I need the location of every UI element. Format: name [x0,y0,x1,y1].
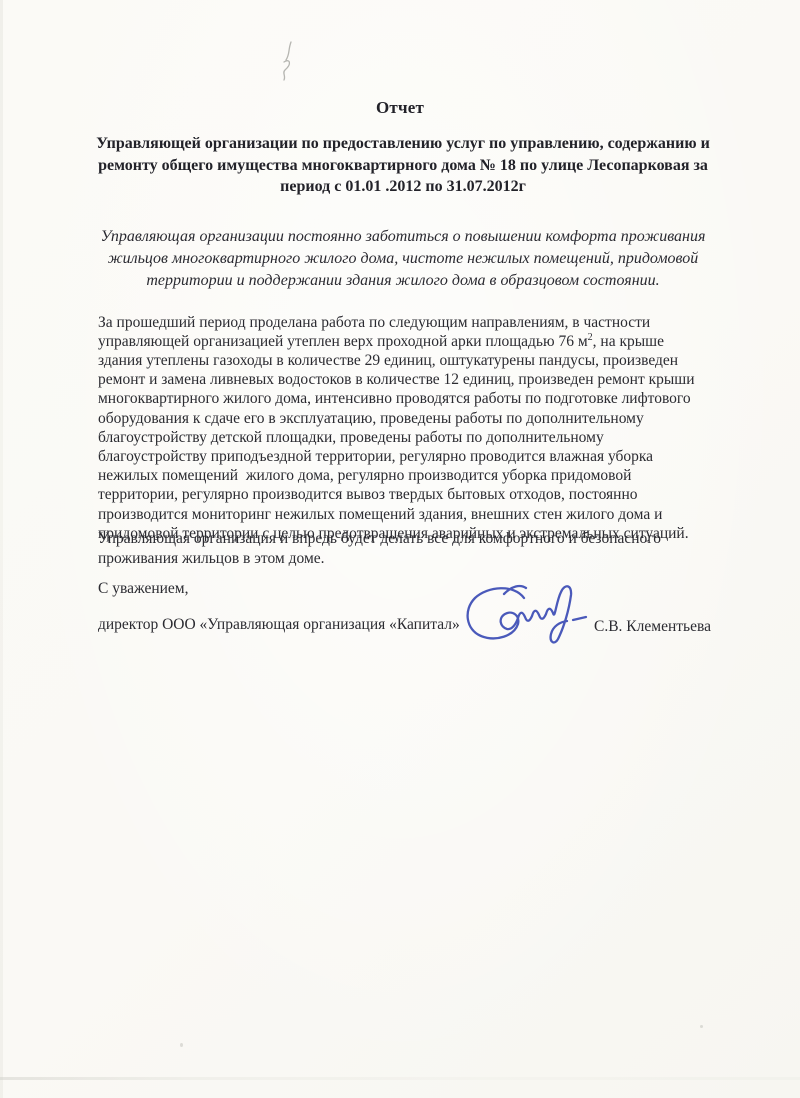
scan-speck [700,1025,703,1028]
scan-speck [180,1043,183,1047]
lede-paragraph: Управляющая организации постоянно заботи… [96,226,710,291]
director-title-line: директор ООО «Управляющая организация «К… [98,616,460,634]
body-paragraph: За прошедший период проделана работа по … [98,313,712,543]
ink-smudge-mark [274,38,300,90]
handwritten-signature-ink [460,578,592,654]
scan-edge-left [0,0,3,1098]
regards-line: С уважением, [98,580,189,598]
signer-name: С.В. Клементьева [594,618,711,636]
body-text-after-superscript: , на крыше здания утеплены газоходы в ко… [98,333,698,542]
report-heading: Управляющей организации по предоставлени… [94,133,712,198]
scan-edge-bottom [0,1077,800,1080]
page-title: Отчет [0,98,800,118]
body-text-before-superscript: За прошедший период проделана работа по … [98,314,654,350]
closing-paragraph: Управляющая организация и впредь будет д… [98,529,704,568]
scanned-report-page: Отчет Управляющей организации по предост… [0,0,800,1098]
